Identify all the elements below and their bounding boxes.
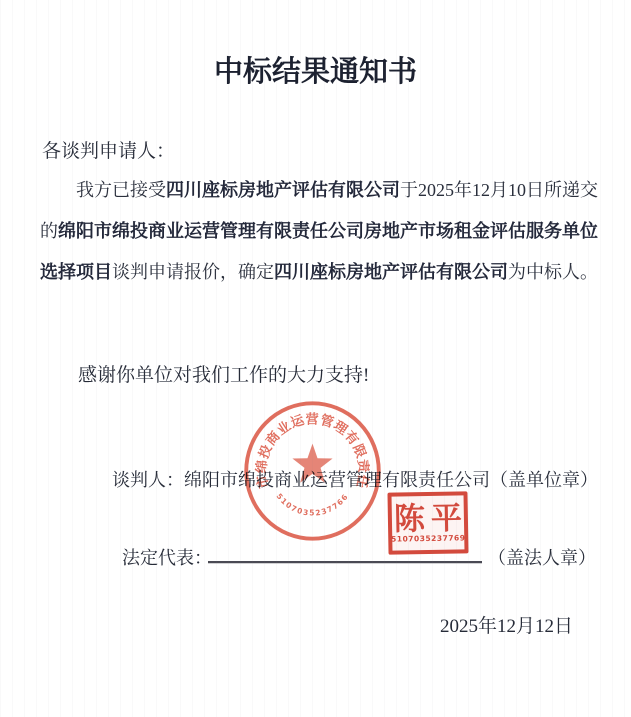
seal-person-name: 陈平	[388, 503, 469, 534]
project-name-part2: 选择项目	[40, 262, 112, 282]
body-text-segment: 为中标人。	[508, 262, 598, 282]
negotiator-company: 绵阳市绵投商业运营管理有限责任公司	[184, 470, 490, 490]
project-name-part1: 绵阳市绵投商业运营管理有限责任公司房地产市场租金评估服务单位	[58, 221, 598, 241]
legal-rep-signature-line	[208, 561, 482, 563]
legal-rep-label: 法定代表：	[122, 546, 212, 570]
negotiator-label: 谈判人：	[112, 470, 184, 490]
winner-company-name: 四川座标房地产评估有限公司	[274, 262, 508, 282]
salutation: 各谈判申请人：	[42, 140, 175, 164]
body-text-segment: 谈判申请报价，确定	[112, 262, 274, 282]
seal-registration-number: 5107035237766	[275, 492, 351, 518]
body-text-segment: 于2025年12月10日所递交	[400, 180, 598, 200]
body-text-segment: 我方已接受	[76, 180, 166, 200]
body-text-segment: 的	[40, 221, 58, 241]
legal-rep-name-seal: 陈平 5107035237769	[387, 491, 468, 554]
document-date: 2025年12月12日	[440, 615, 573, 639]
seal-person-number: 5107035237769	[391, 533, 465, 543]
thanks-line: 感谢你单位对我们工作的大力支持!	[40, 355, 369, 396]
legal-stamp-note: （盖法人章）	[488, 546, 596, 570]
negotiator-line: 谈判人：绵阳市绵投商业运营管理有限责任公司（盖单位章）	[112, 468, 598, 492]
body-paragraph: 我方已接受四川座标房地产评估有限公司于2025年12月10日所递交的绵阳市绵投商…	[40, 170, 601, 293]
page-title: 中标结果通知书	[0, 54, 631, 90]
unit-stamp-note: （盖单位章）	[490, 470, 598, 490]
notice-document: 中标结果通知书 各谈判申请人： 我方已接受四川座标房地产评估有限公司于2025年…	[0, 0, 631, 717]
bidder-company-name: 四川座标房地产评估有限公司	[166, 180, 400, 200]
